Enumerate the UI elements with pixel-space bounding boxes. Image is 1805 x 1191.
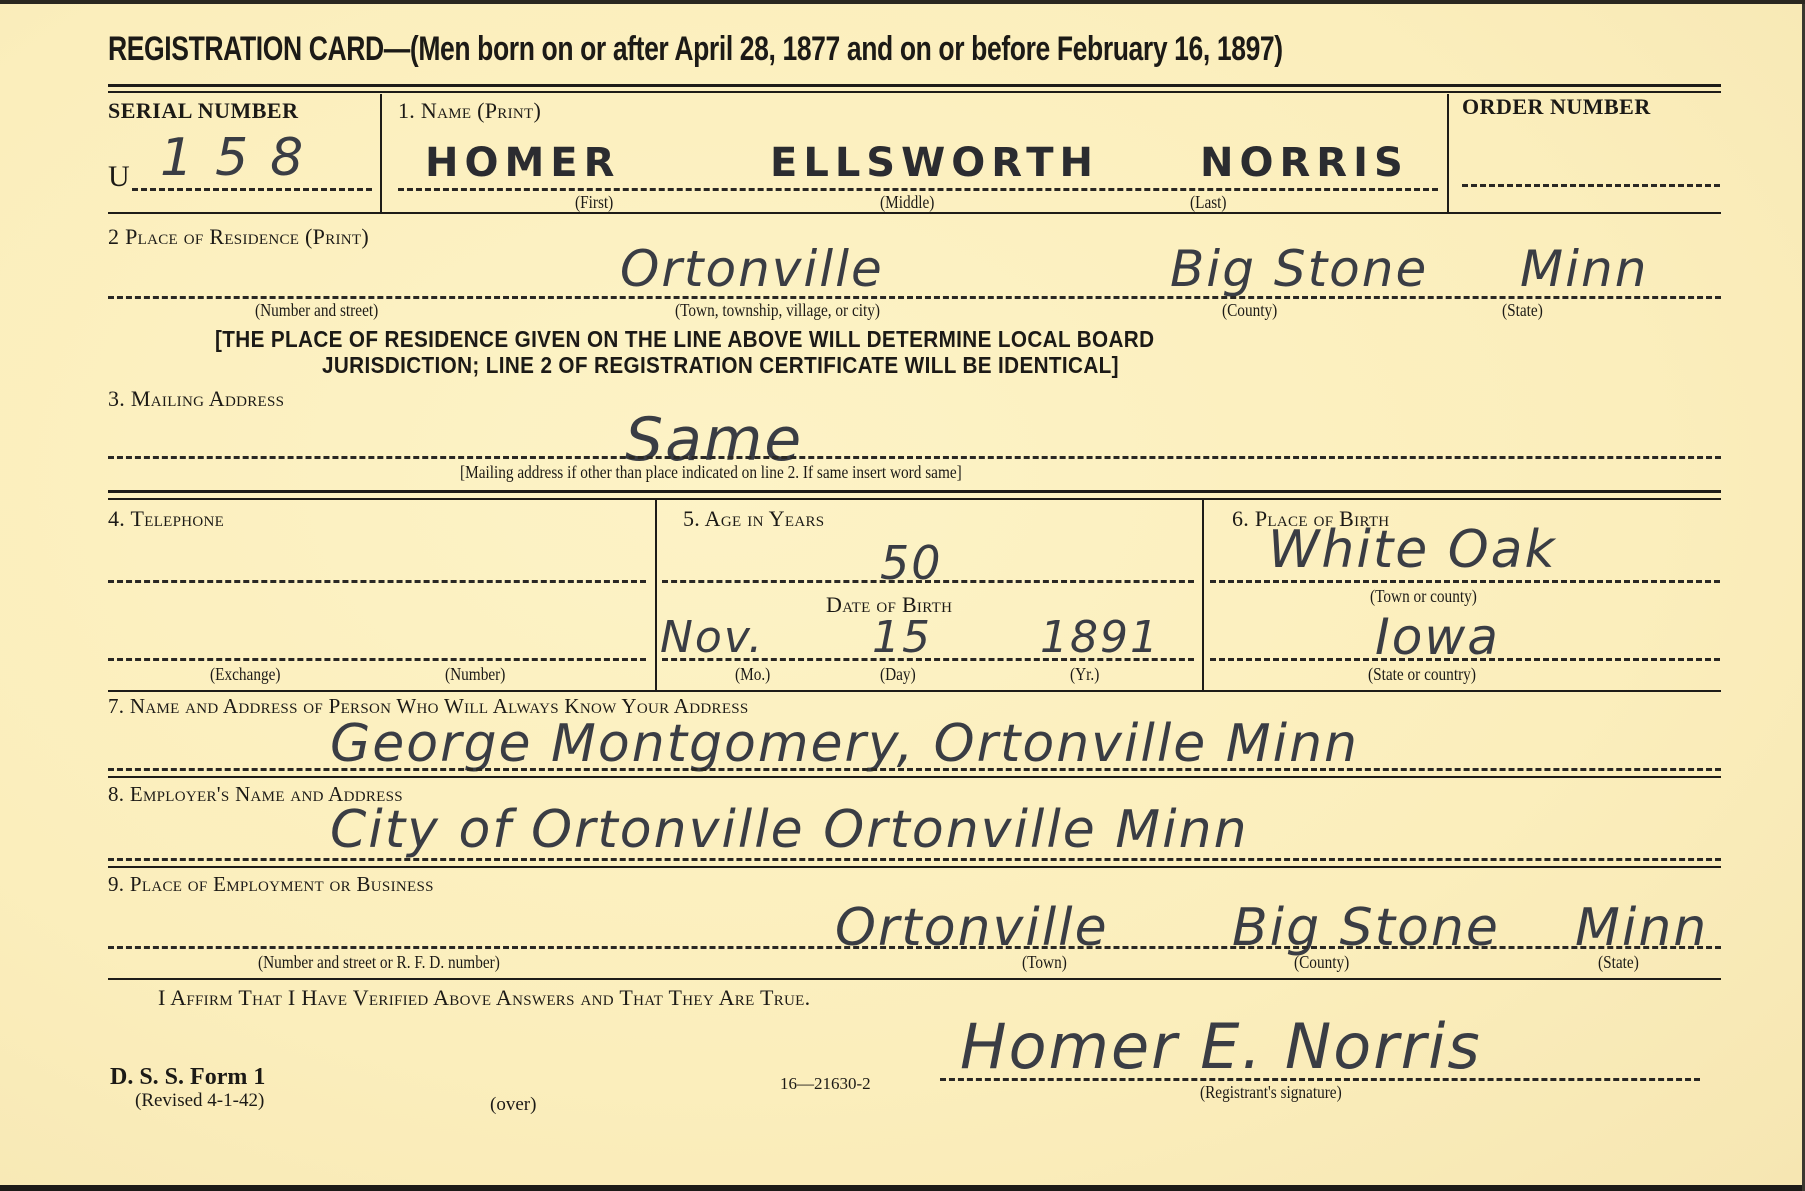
dob-day-caption: (Day) [880,664,916,685]
row-rule [108,866,1721,868]
birthplace-state-caption: (State or country) [1368,664,1476,685]
row-rule [108,978,1721,980]
over-note: (over) [490,1094,536,1116]
name-last-caption: (Last) [1190,192,1227,213]
employment-county: Big Stone [1232,898,1500,958]
divider [655,500,657,690]
form-revised: (Revised 4-1-42) [135,1090,264,1112]
employment-street-caption: (Number and street or R. F. D. number) [258,952,500,973]
dob-line [662,658,1194,661]
name-last: NORRIS [1200,140,1409,186]
residence-street-caption: (Number and street) [255,300,378,321]
divider [1447,94,1449,212]
top-rule [108,84,1721,87]
row-rule [108,212,1721,214]
row-rule [108,498,1721,500]
signature-line [940,1078,1700,1081]
birthplace-town-line [1210,580,1720,583]
serial-number-label: SERIAL NUMBER [108,98,298,124]
dob-month-caption: (Mo.) [735,664,770,685]
row-rule [108,690,1721,692]
telephone-number-line [108,658,646,661]
residence-line [108,296,1721,299]
residence-state: Minn [1520,240,1648,298]
dob-month: Nov. [660,612,764,663]
affirmation-text: I Affirm That I Have Verified Above Answ… [158,985,810,1011]
divider [380,94,382,212]
card-title: REGISTRATION CARD—(Men born on or after … [108,30,1283,69]
dob-year-caption: (Yr.) [1070,664,1099,685]
serial-number-value: 158 [160,128,325,188]
row-rule [108,776,1721,778]
residence-town-caption: (Town, township, village, or city) [675,300,880,321]
employment-town: Ortonville [835,898,1109,958]
top-rule-inner [108,91,1721,93]
name-label: 1. Name (Print) [398,98,541,124]
row-rule [108,490,1721,493]
employment-state-caption: (State) [1598,952,1639,973]
residence-label: 2 Place of Residence (Print) [108,224,369,250]
residence-county-caption: (County) [1222,300,1277,321]
dob-year: 1891 [1040,612,1160,663]
divider [1202,500,1204,690]
name-first: HOMER [425,140,620,186]
mailing-address-label: 3. Mailing Address [108,386,284,412]
contact-value: George Montgomery, Ortonville Minn [330,714,1359,774]
residence-notice-line-2: JURISDICTION; LINE 2 OF REGISTRATION CER… [322,352,1119,379]
birthplace-town-caption: (Town or county) [1370,586,1477,607]
name-first-caption: (First) [575,192,613,213]
age-label: 5. Age in Years [683,506,824,532]
contact-line [108,768,1721,771]
employment-state: Minn [1575,898,1708,958]
residence-county: Big Stone [1170,240,1428,298]
telephone-exchange-caption: (Exchange) [210,664,281,685]
employment-town-caption: (Town) [1022,952,1067,973]
signature-caption: (Registrant's signature) [1200,1082,1342,1103]
mailing-caption: [Mailing address if other than place ind… [460,462,962,483]
employment-place-label: 9. Place of Employment or Business [108,872,434,897]
birthplace-town: White Oak [1268,520,1557,580]
employer-value: City of Ortonville Ortonville Minn [330,800,1249,860]
telephone-number-caption: (Number) [445,664,505,685]
residence-state-caption: (State) [1502,300,1543,321]
telephone-label: 4. Telephone [108,506,224,532]
name-line [398,188,1438,191]
employment-line [108,946,1721,949]
serial-prefix: U [108,160,130,194]
employment-county-caption: (County) [1294,952,1349,973]
employer-line [108,858,1721,861]
birthplace-state-line [1210,658,1720,661]
order-number-line [1462,184,1720,187]
residence-notice-line-1: [THE PLACE OF RESIDENCE GIVEN ON THE LIN… [215,326,1154,353]
name-middle-caption: (Middle) [880,192,934,213]
registrant-signature: Homer E. Norris [960,1010,1482,1083]
residence-town: Ortonville [620,240,884,298]
telephone-exchange-line [108,580,646,583]
print-code: 16—21630-2 [780,1074,871,1094]
serial-line [132,188,372,191]
mailing-line [108,456,1721,459]
age-line [662,580,1194,583]
registration-card: REGISTRATION CARD—(Men born on or after … [0,0,1805,1191]
order-number-label: ORDER NUMBER [1462,94,1651,120]
name-middle: ELLSWORTH [770,140,1099,186]
form-name: D. S. S. Form 1 [110,1064,265,1091]
dob-day: 15 [872,612,932,663]
